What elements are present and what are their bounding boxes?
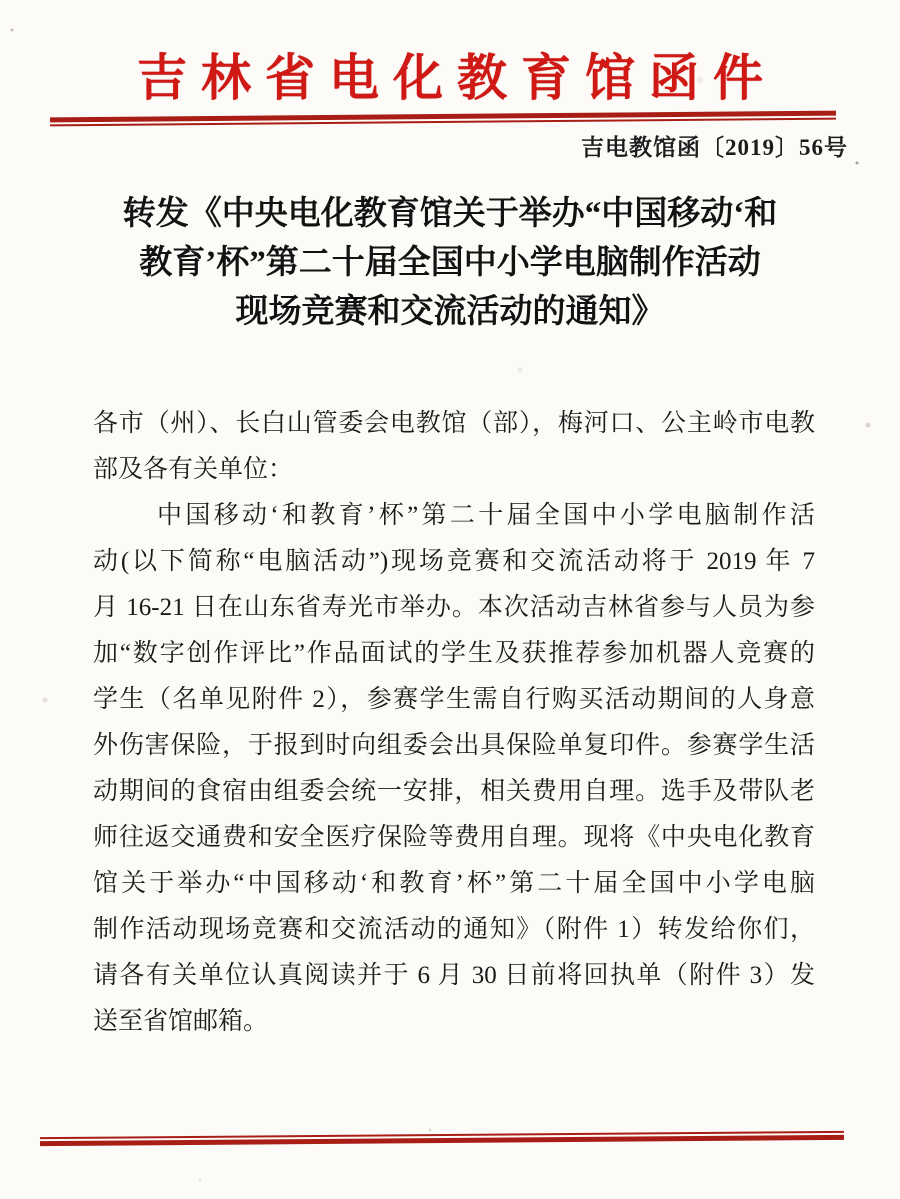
body-line: 送至省馆邮箱。 — [93, 999, 815, 1045]
document-title: 转发《中央电化教育馆关于举办“中国移动‘和 教育’杯”第二十届全国中小学电脑制作… — [55, 190, 845, 337]
body-line: 中国移动‘和教育’杯”第二十届全国中小学电脑制作活 — [157, 493, 815, 539]
body-line: 月 16-21 日在山东省寿光市举办。本次活动吉林省参与人员为参 — [93, 585, 815, 631]
document-page: 吉林省电化教育馆函件 吉电教馆函〔2019〕56号 转发《中央电化教育馆关于举办… — [0, 0, 900, 1199]
document-title-line: 教育’杯”第二十届全国中小学电脑制作活动 — [55, 239, 845, 288]
body-line: 动(以下简称“电脑活动”)现场竞赛和交流活动将于 2019 年 7 — [93, 539, 815, 585]
document-title-line: 转发《中央电化教育馆关于举办“中国移动‘和 — [55, 190, 845, 239]
body-line: 动期间的食宿由组委会统一安排，相关费用自理。选手及带队老 — [93, 769, 815, 815]
document-number: 吉电教馆函〔2019〕56号 — [581, 129, 848, 162]
body-line: 外伤害保险，于报到时向组委会出具保险单复印件。参赛学生活 — [93, 723, 815, 769]
body-line: 部及各有关单位： — [93, 447, 815, 493]
letterhead-org-title: 吉林省电化教育馆函件 — [0, 38, 900, 110]
footer-red-rule — [40, 1131, 844, 1146]
body-line: 请各有关单位认真阅读并于 6 月 30 日前将回执单（附件 3）发 — [93, 953, 815, 999]
body-line: 师往返交通费和安全医疗保险等费用自理。现将《中央电化教育 — [93, 815, 815, 861]
body-line: 学生（名单见附件 2），参赛学生需自行购买活动期间的人身意 — [93, 677, 815, 723]
body-line: 馆关于举办“中国移动‘和教育’杯”第二十届全国中小学电脑 — [93, 861, 815, 907]
document-title-line: 现场竞赛和交流活动的通知》 — [55, 288, 845, 337]
body-line: 各市（州）、长白山管委会电教馆（部），梅河口、公主岭市电教 — [93, 401, 815, 447]
header-red-rule — [50, 111, 836, 127]
body-line: 加“数字创作评比”作品面试的学生及获推荐参加机器人竞赛的 — [93, 631, 815, 677]
body-line: 制作活动现场竞赛和交流活动的通知》（附件 1）转发给你们， — [93, 907, 815, 953]
document-body: 各市（州）、长白山管委会电教馆（部），梅河口、公主岭市电教 部及各有关单位： 中… — [93, 401, 815, 1045]
